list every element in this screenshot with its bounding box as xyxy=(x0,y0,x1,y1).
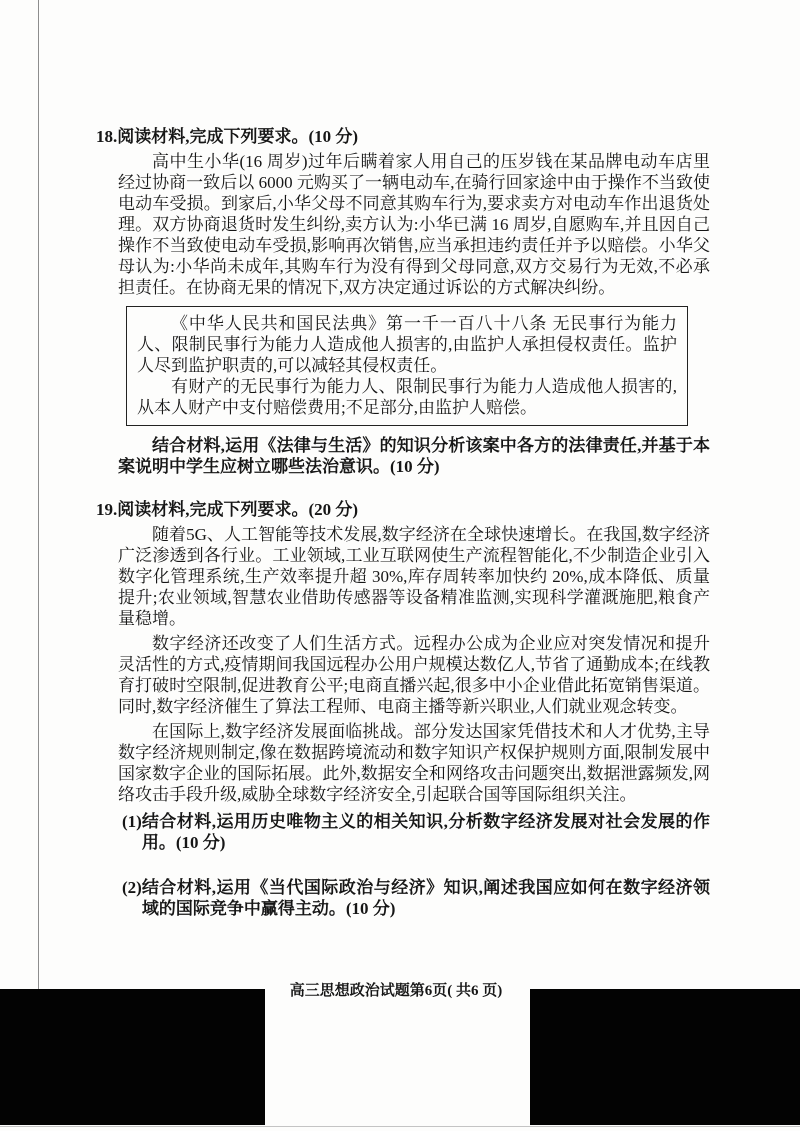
question-18-prompt: 阅读材料,完成下列要求。(10 分) xyxy=(117,126,358,147)
exam-page: 18. 阅读材料,完成下列要求。(10 分) 高中生小华(16 周岁)过年后瞒着… xyxy=(0,0,800,1131)
scan-margin-line xyxy=(38,0,39,989)
question-18-number: 18. xyxy=(96,126,117,147)
question-19-sub-2-number: (2) xyxy=(122,877,142,919)
question-19-heading: 19. 阅读材料,完成下列要求。(20 分) xyxy=(96,499,710,520)
question-18-material: 高中生小华(16 周岁)过年后瞒着家人用自己的压岁钱在某品牌电动车店里经过协商一… xyxy=(118,151,710,298)
question-19-prompt: 阅读材料,完成下列要求。(20 分) xyxy=(117,499,358,520)
civil-code-box: 《中华人民共和国民法典》第一千一百八十八条 无民事行为能力人、限制民事行为能力人… xyxy=(126,306,688,426)
civil-code-clause-1: 《中华人民共和国民法典》第一千一百八十八条 无民事行为能力人、限制民事行为能力人… xyxy=(137,313,677,376)
scan-bottom-line xyxy=(0,1126,800,1127)
civil-code-clause-2: 有财产的无民事行为能力人、限制民事行为能力人造成他人损害的,从本人财产中支付赔偿… xyxy=(137,376,677,418)
question-18-task: 结合材料,运用《法律与生活》的知识分析该案中各方的法律责任,并基于本案说明中学生… xyxy=(118,435,710,477)
question-19-material-1: 随着5G、人工智能等技术发展,数字经济在全球快速增长。在我国,数字经济广泛渗透到… xyxy=(118,524,710,629)
question-19-material-3: 在国际上,数字经济发展面临挑战。部分发达国家凭借技术和人才优势,主导数字经济规则… xyxy=(118,721,710,805)
question-19-sub-1: (1) 结合材料,运用历史唯物主义的相关知识,分析数字经济发展对社会发展的作用。… xyxy=(122,811,710,853)
question-19-sub-2-text: 结合材料,运用《当代国际政治与经济》知识,阐述我国应如何在数字经济领域的国际竞争… xyxy=(142,877,710,919)
question-19-sub-1-number: (1) xyxy=(122,811,142,853)
scan-black-block-right xyxy=(530,989,800,1125)
question-19-number: 19. xyxy=(96,499,117,520)
question-19-material-2: 数字经济还改变了人们生活方式。远程办公成为企业应对突发情况和提升灵活性的方式,疫… xyxy=(118,633,710,717)
question-19-sub-1-text: 结合材料,运用历史唯物主义的相关知识,分析数字经济发展对社会发展的作用。(10 … xyxy=(142,811,710,853)
scan-black-block-left xyxy=(0,989,265,1125)
exam-content: 18. 阅读材料,完成下列要求。(10 分) 高中生小华(16 周岁)过年后瞒着… xyxy=(96,126,710,919)
question-18-heading: 18. 阅读材料,完成下列要求。(10 分) xyxy=(96,126,710,147)
question-19-sub-2: (2) 结合材料,运用《当代国际政治与经济》知识,阐述我国应如何在数字经济领域的… xyxy=(122,877,710,919)
